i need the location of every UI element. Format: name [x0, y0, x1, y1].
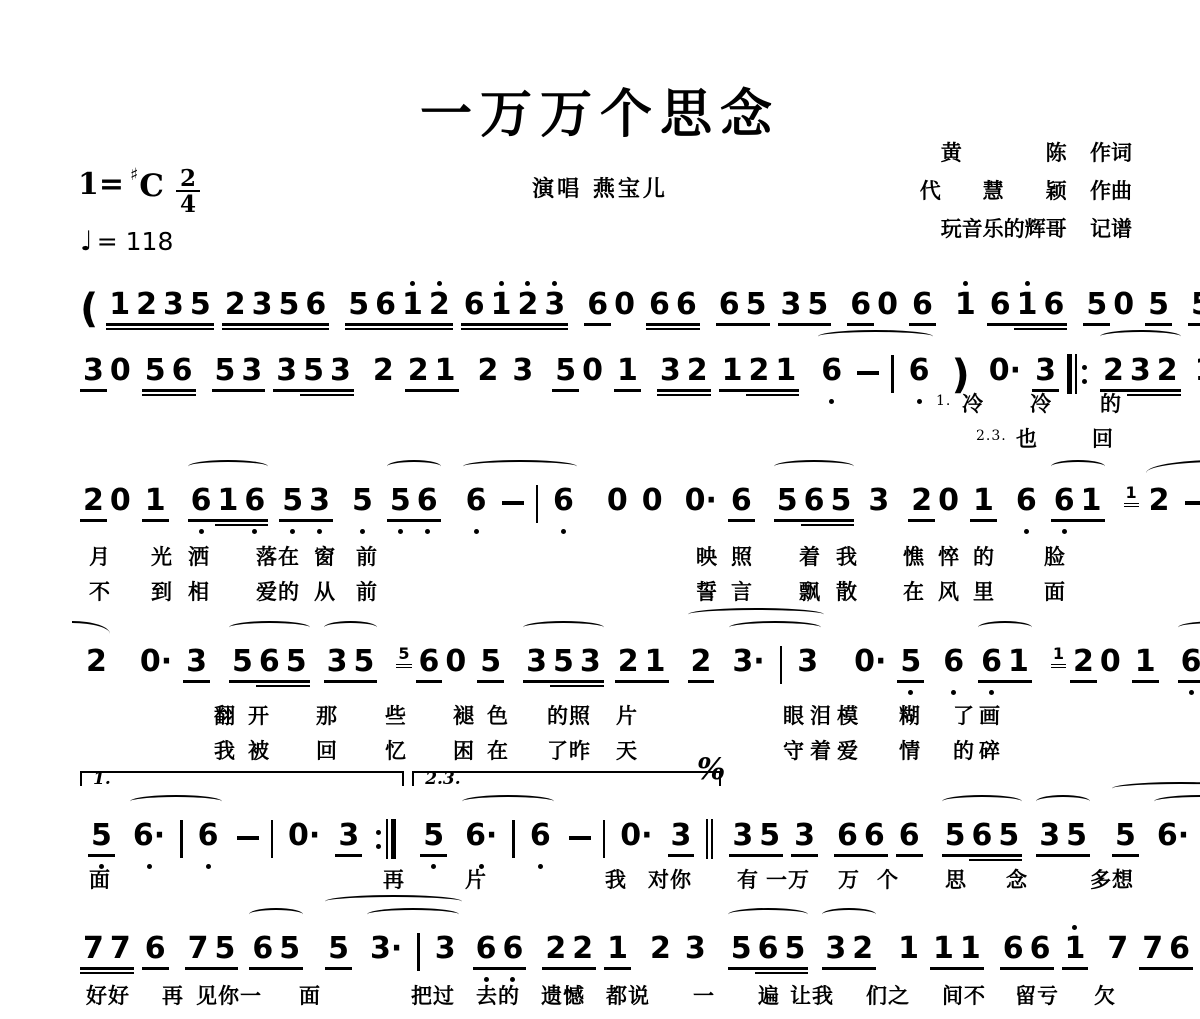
note-digit: 5 [142, 354, 169, 387]
note-digit: 5 [187, 288, 214, 321]
beam-area [851, 678, 889, 688]
note-digit: 3· [367, 932, 405, 965]
note: 0· [617, 806, 655, 872]
barline [417, 933, 420, 971]
lyricist-role: 作词 [1090, 134, 1132, 172]
beam-area [1100, 387, 1127, 397]
beam-line [420, 854, 447, 857]
beam-line [1041, 323, 1068, 326]
note-digit: 0 [579, 354, 606, 387]
note-digit: 1 [719, 354, 746, 387]
beam-line [276, 323, 303, 326]
slur: 61 [1048, 458, 1108, 537]
beam-line [1100, 389, 1127, 392]
beam-area [327, 387, 354, 397]
note: 6 [527, 806, 554, 872]
note: 5 [756, 806, 783, 872]
note: 5 [351, 632, 378, 698]
octave-dot-below-icon [398, 529, 403, 534]
note: 5 [995, 806, 1022, 872]
grace-beams [396, 662, 411, 668]
note-digit: 6 [987, 288, 1014, 321]
beam-line [688, 680, 715, 683]
note: 3 [729, 806, 756, 872]
lyric-segment: 前 [356, 576, 378, 606]
note-digit: 5 [897, 645, 924, 678]
octave-dots-below [431, 862, 436, 872]
note: 5 [728, 919, 755, 985]
beam-line [432, 389, 459, 392]
beam-line [849, 967, 876, 970]
note: 3 [822, 919, 849, 985]
note-digit: 6 [241, 484, 268, 517]
note: 5 [283, 632, 310, 698]
note-digit: 3 [1036, 819, 1063, 852]
beam-line [552, 389, 579, 392]
lyric-segment: 着 [810, 735, 832, 765]
note-digit: 1 [957, 932, 984, 965]
note: 6 [1051, 471, 1078, 537]
beam-area [283, 678, 310, 688]
octave-dot-above-icon [437, 281, 442, 286]
octave-dot-above-icon [525, 281, 530, 286]
beam-line [684, 389, 711, 392]
note: 7 [1104, 919, 1131, 985]
beam-line [515, 323, 542, 326]
note-digit: 1 [614, 354, 641, 387]
beam-area [107, 387, 134, 397]
note: 0 [107, 341, 134, 407]
beam-group: 20 [1070, 632, 1124, 698]
note-digit: 5 [276, 932, 303, 965]
dash-note [1185, 501, 1200, 505]
beam-group: 616 [1178, 632, 1200, 698]
beam-line [719, 389, 746, 392]
beam-area [500, 965, 527, 975]
octave-dots-below [474, 527, 479, 537]
octave-dots-below [1024, 527, 1029, 537]
beam-group: 53 [212, 341, 266, 407]
note-digit: 6 [372, 288, 399, 321]
key-signature: 1= ♯ C 2 4 [78, 165, 200, 216]
beam-line [801, 519, 828, 522]
lyric-segment: 悴 [938, 541, 960, 571]
beam-area [300, 387, 327, 397]
octave-dots-below [199, 527, 204, 537]
beam-area [969, 852, 996, 862]
beam-area [604, 517, 631, 527]
beam-line [187, 323, 214, 326]
note-digit: 7 [185, 932, 212, 965]
octave-dot-below-icon [908, 690, 913, 695]
note-digit: 3 [577, 645, 604, 678]
lyric-segment: 回 [1092, 423, 1114, 453]
grace-beams [1051, 662, 1066, 668]
note-digit: 6 [584, 288, 611, 321]
beam-line [256, 685, 283, 688]
beam-area [107, 517, 134, 527]
note-digit: 6 [188, 484, 215, 517]
note-digit: 3 [327, 354, 354, 387]
beam-line [1132, 680, 1159, 683]
beam-line [80, 972, 107, 975]
beam-line [1083, 323, 1110, 326]
beam-group: 56 [1188, 275, 1200, 341]
note-digit: 6 [1041, 288, 1068, 321]
note: 5 [897, 632, 924, 698]
note-digit: 2 [684, 354, 711, 387]
octave-dot-above-icon [1072, 925, 1077, 930]
octave-dots-below [99, 862, 104, 872]
note-digit: 1 [772, 354, 799, 387]
lyric-segment: 情 [899, 735, 921, 765]
note-digit: 5 [229, 645, 256, 678]
slur: 353 [520, 619, 607, 698]
lyric-segment: 片 [616, 700, 638, 730]
beam-group: 56 [142, 341, 196, 407]
beam-area [285, 852, 323, 862]
beam-line [1036, 854, 1063, 857]
octave-dot-below-icon [99, 864, 104, 869]
note-digit: 5 [995, 819, 1022, 852]
octave-dots-below [206, 862, 211, 872]
slur: 66 [460, 458, 580, 537]
note-digit: 6 [896, 819, 923, 852]
beam-group: 61 [978, 632, 1032, 698]
note: 0 [1097, 632, 1124, 698]
note-digit: 1 [895, 932, 922, 965]
note-digit: 1 [1005, 645, 1032, 678]
note: 3 [183, 632, 210, 698]
octave-dots-below [290, 527, 295, 537]
note: 3 [306, 471, 333, 537]
octave-dots-below [561, 527, 566, 537]
parenthesis: ) [952, 355, 970, 395]
note: 3 [80, 341, 107, 407]
note-digit: 5 [1188, 288, 1200, 321]
beam-line [1078, 519, 1105, 522]
beam-line [461, 323, 488, 326]
sharp-icon: ♯ [130, 165, 138, 185]
note: 3 [865, 471, 892, 537]
note: 1 [642, 632, 669, 698]
beam-line [142, 519, 169, 522]
note-digit: 3 [791, 819, 818, 852]
note: 7 [80, 919, 107, 985]
beam-area [729, 852, 756, 862]
lyricist-credit: 黄 陈 作词 [920, 134, 1132, 172]
note: 6 [1178, 632, 1200, 698]
beam-line [1000, 967, 1027, 970]
beam-line [728, 519, 755, 522]
note-digit: 5 [1145, 288, 1172, 321]
note-digit: 3 [432, 932, 459, 965]
repeat-start [1067, 354, 1089, 394]
beam-group: 77 [80, 919, 134, 985]
beam-line [987, 323, 1014, 326]
dash-note [237, 836, 259, 840]
note: 3 [238, 341, 265, 407]
beam-area [279, 517, 306, 527]
volta-label: 2.3. [425, 771, 461, 788]
barline [271, 820, 274, 858]
lyric-segment: 散 [836, 576, 858, 606]
note: 0 [935, 471, 962, 537]
beam-line [684, 394, 711, 397]
beam-group: 20 [80, 471, 134, 537]
note: 3· [367, 919, 405, 985]
beam-line [774, 519, 801, 522]
beam-area [615, 678, 642, 688]
note: 2 [1070, 632, 1097, 698]
beam-line [1188, 323, 1200, 326]
note: 5 [477, 632, 504, 698]
note-digit: 3 [273, 354, 300, 387]
beam-area [80, 517, 107, 527]
beam-area [420, 852, 447, 862]
octave-dot-below-icon [474, 529, 479, 534]
grace-digit: 5 [396, 645, 411, 662]
beam-line [755, 972, 782, 975]
note: 6 [801, 471, 828, 537]
lyric-segment: 的 [953, 735, 975, 765]
note: 5 [229, 632, 256, 698]
beam-area [432, 965, 459, 975]
beam-line [327, 394, 354, 397]
repeat-end [374, 819, 396, 859]
beam-area [794, 678, 821, 688]
beam-area [828, 517, 855, 527]
beam-line [668, 854, 695, 857]
slur: 56 [384, 458, 444, 537]
slur: 56·6 [1109, 780, 1200, 872]
beam-area [212, 965, 239, 975]
dash-note [502, 501, 524, 505]
double-barline [706, 819, 713, 859]
note-digit: 6 [473, 932, 500, 965]
note: 2 [405, 341, 432, 407]
beam-line [1032, 389, 1059, 392]
beam-line [183, 680, 210, 683]
beam-line [1166, 967, 1193, 970]
note-digit: 3 [1127, 354, 1154, 387]
beam-area [896, 852, 923, 862]
slur: 2 [1143, 458, 1200, 537]
lyric-segment: 照 [731, 541, 753, 571]
note-digit: 2 [849, 932, 876, 965]
note-digit: 3 [729, 819, 756, 852]
note-digit: 5 [743, 288, 770, 321]
note: 2 [688, 632, 715, 698]
note: 5 [774, 471, 801, 537]
beam-area [729, 678, 767, 688]
beam-line [569, 967, 596, 970]
lyric-segment: 言 [731, 576, 753, 606]
note-digit: 6 [416, 645, 443, 678]
beam-area [477, 678, 504, 688]
meter-denominator: 4 [176, 190, 200, 216]
note-digit: 1 [142, 484, 169, 517]
note-digit: 0· [137, 645, 175, 678]
beam-area [865, 517, 892, 527]
beam-group: 11 [930, 919, 984, 985]
octave-dot-below-icon [425, 529, 430, 534]
lyric-segment: 忆 [385, 735, 407, 765]
note-digit: 7 [80, 932, 107, 965]
beam-line [241, 524, 268, 527]
beam-line [1127, 394, 1154, 397]
beam-area [463, 517, 490, 527]
note-digit: 1 [1014, 288, 1041, 321]
note: 6 [1013, 471, 1040, 537]
beam-area [579, 387, 606, 397]
beam-line [861, 854, 888, 857]
note-digit: 3 [682, 932, 709, 965]
barline [603, 820, 606, 858]
beam-area [414, 517, 441, 527]
beam-group: 565 [942, 806, 1023, 872]
note: 5 [276, 919, 303, 985]
beam-area [107, 965, 134, 975]
note-digit: 1 [970, 484, 997, 517]
beam-area [942, 852, 969, 862]
beam-group: 616 [188, 471, 269, 537]
beam-area [682, 517, 720, 527]
beam-area [473, 965, 500, 975]
note-digit: 0 [604, 484, 631, 517]
note-digit: 5 [782, 932, 809, 965]
lyric-segment: 回 [316, 735, 338, 765]
beam-line [249, 967, 276, 970]
composer-credit: 代 慧 颖 作曲 [920, 172, 1132, 210]
beam-line [577, 680, 604, 683]
note-digit: 1 [1062, 932, 1089, 965]
note: 5 [782, 919, 809, 985]
beam-area [1127, 387, 1154, 397]
slur: 3·3 [726, 619, 824, 698]
lyric-segment: 天 [616, 735, 638, 765]
beam-area [142, 965, 169, 975]
beam-area [1000, 965, 1027, 975]
beam-area [475, 387, 502, 397]
note: 1 [604, 919, 631, 985]
beam-line [345, 323, 372, 326]
beam-line [215, 524, 242, 527]
beam-line [969, 854, 996, 857]
octave-dot-below-icon [317, 529, 322, 534]
note-digit: 0· [851, 645, 889, 678]
note-digit: 6 [969, 819, 996, 852]
lyric-segment: 相 [188, 576, 210, 606]
octave-dots-below [479, 862, 484, 872]
lyric-segment: 的 [973, 541, 995, 571]
beam-area [387, 517, 414, 527]
note-digit: 3· [729, 645, 767, 678]
beam-line [396, 667, 411, 669]
segno-icon: % [697, 755, 726, 785]
lyric-segment: 在 [487, 735, 509, 765]
note-digit: 3 [523, 645, 550, 678]
note: 1 [142, 471, 169, 537]
beam-line [473, 967, 500, 970]
lyric-segment: 到 [151, 576, 173, 606]
beam-group: 353 [273, 341, 354, 407]
note: 6 [550, 471, 577, 537]
note: 2 [370, 341, 397, 407]
beam-group: 65 [249, 919, 303, 985]
beam-area [719, 387, 746, 397]
note-digit: 3 [80, 354, 107, 387]
beam-area [908, 517, 935, 527]
lyric-segment: 守 [783, 735, 805, 765]
note: 6 [1000, 919, 1027, 985]
note-digit: 5 [1063, 819, 1090, 852]
octave-dots-below [908, 688, 913, 698]
beam-area [1104, 965, 1131, 975]
slur: 565 [771, 458, 858, 537]
beam-area [569, 965, 596, 975]
beam-area [1032, 387, 1059, 397]
beam-area [1178, 678, 1200, 688]
beam-line [80, 967, 107, 970]
beam-line [335, 854, 362, 857]
beam-line [302, 323, 329, 326]
note-digit: 6 [801, 484, 828, 517]
octave-dot-above-icon [499, 281, 504, 286]
beam-line [782, 972, 809, 975]
lyric-segment: 洒 [188, 541, 210, 571]
beam-area [130, 852, 168, 862]
beam-area [249, 965, 276, 975]
note: 1 [1192, 341, 1200, 407]
note-digit: 5 [477, 645, 504, 678]
note-digit: 0· [285, 819, 323, 852]
note: 6 [861, 806, 888, 872]
beam-line [970, 519, 997, 522]
note: 1 [1132, 632, 1159, 698]
lyric-segment: 面 [1044, 576, 1066, 606]
beam-line [80, 519, 107, 522]
beam-line [615, 680, 642, 683]
beam-line [822, 967, 849, 970]
note: 6· [462, 806, 500, 872]
note-digit: 3 [509, 354, 536, 387]
note: 1 [1005, 632, 1032, 698]
beam-area [324, 678, 351, 688]
slur: 2 [80, 619, 113, 698]
beam-group: 66 [1000, 919, 1054, 985]
note: 5 [550, 632, 577, 698]
lyric-segment: 了昨 [547, 735, 591, 765]
slur: 6·6 [127, 793, 225, 872]
beam-area [849, 965, 876, 975]
barline [180, 820, 183, 858]
note-digit: 6 [527, 819, 554, 852]
slur: 565 [725, 906, 812, 985]
beam-group: 30 [80, 341, 134, 407]
note-digit: 1 [215, 484, 242, 517]
note: 6 [755, 919, 782, 985]
beam-area [351, 678, 378, 688]
lyric-segment: 了 [953, 700, 975, 730]
note-digit: 6 [940, 645, 967, 678]
note-digit: 6 [195, 819, 222, 852]
octave-dot-below-icon [360, 529, 365, 534]
note: 2 [1100, 341, 1127, 407]
note-digit: 2 [1100, 354, 1127, 387]
beam-line [909, 323, 936, 326]
beam-line [500, 967, 527, 970]
